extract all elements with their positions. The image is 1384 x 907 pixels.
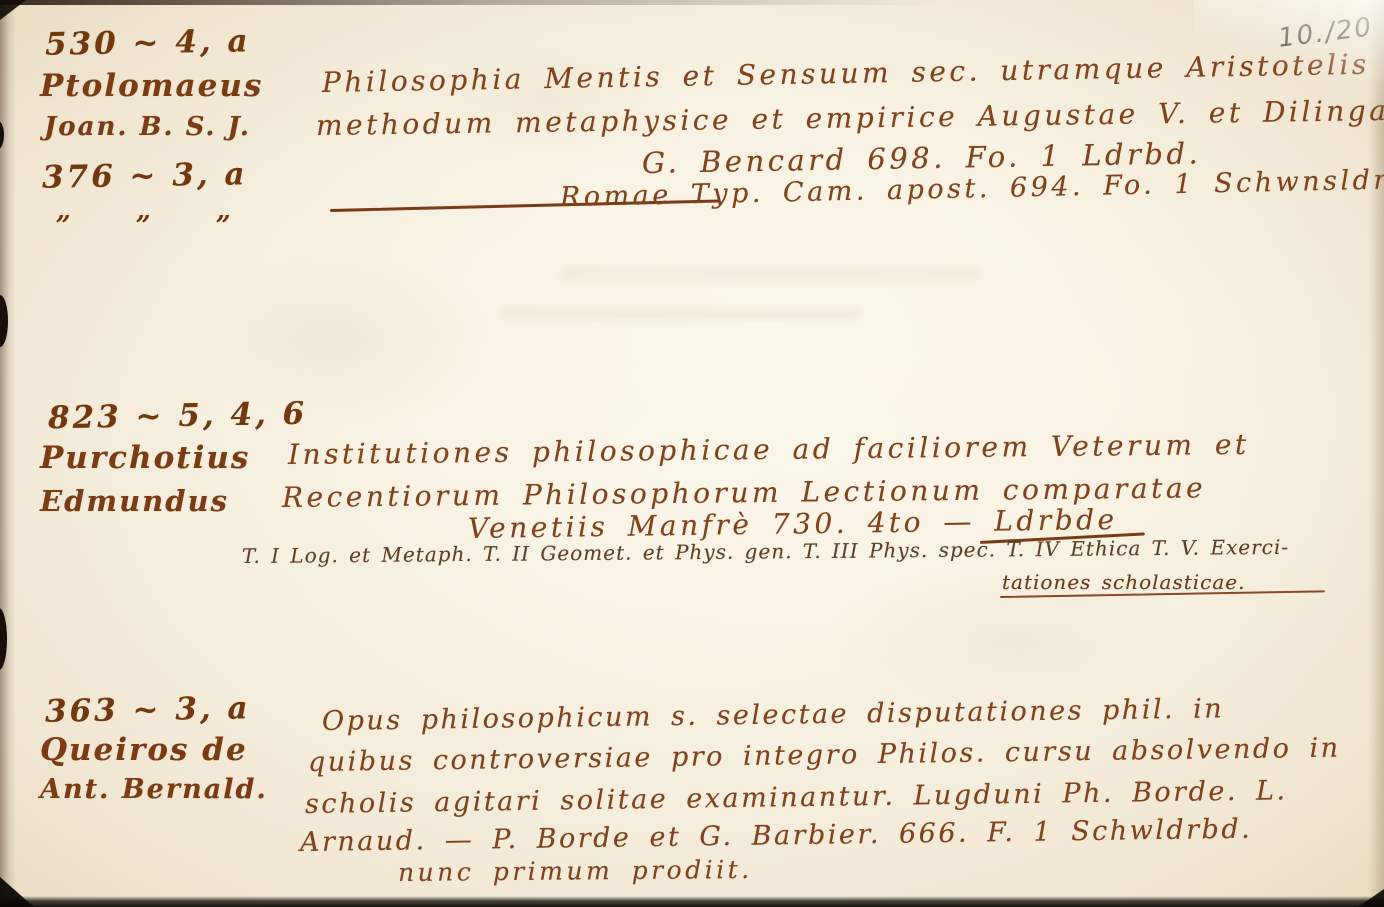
ink-bleedthrough — [500, 308, 860, 320]
author-name: Ptolomaeus — [40, 68, 263, 104]
author-name-secondary: Edmundus — [40, 484, 229, 518]
call-number: 530 ~ 4, a — [45, 23, 251, 63]
corner-shadow-bottom-left — [0, 877, 34, 907]
title-line: quibus controversiae pro integro Philos.… — [308, 733, 1341, 778]
ditto-marks: „ „ „ — [56, 196, 231, 226]
author-name-secondary: Joan. B. S. J. — [44, 112, 251, 142]
call-number: 376 ~ 3, a — [42, 156, 248, 196]
right-edge-shadow — [1368, 0, 1384, 907]
corner-shadow-bottom-right — [1358, 889, 1384, 907]
contents-line: tationes scholasticae. — [1002, 570, 1246, 594]
bottom-edge-shadow — [0, 896, 1384, 907]
call-number: 363 ~ 3, a — [45, 690, 251, 730]
call-number: 823 ~ 5, 4, 6 — [48, 396, 308, 437]
title-line: scholis agitari solitae examinantur. Lug… — [305, 775, 1288, 820]
manuscript-page: 10./20 530 ~ 4, a Ptolomaeus Joan. B. S.… — [0, 0, 1384, 907]
author-name-secondary: Ant. Bernald. — [40, 774, 268, 805]
note-line: nunc primum prodiit. — [398, 855, 753, 887]
ink-bleedthrough — [560, 268, 980, 281]
corner-highlight-top-right — [1194, 0, 1384, 110]
contents-line: T. I Log. et Metaph. T. II Geomet. et Ph… — [242, 535, 1289, 568]
top-edge-shadow — [0, 0, 1384, 5]
corner-shadow-top-left — [0, 0, 26, 20]
author-name: Queiros de — [40, 732, 248, 768]
author-name: Purchotius — [40, 440, 250, 476]
imprint-line: Arnaud. — P. Borde et G. Barbier. 666. F… — [300, 814, 1253, 858]
title-line: Institutiones philosophicae ad faciliore… — [288, 428, 1250, 471]
paper-stain — [420, 40, 680, 160]
title-line: Opus philosophicum s. selectae disputati… — [322, 693, 1225, 737]
